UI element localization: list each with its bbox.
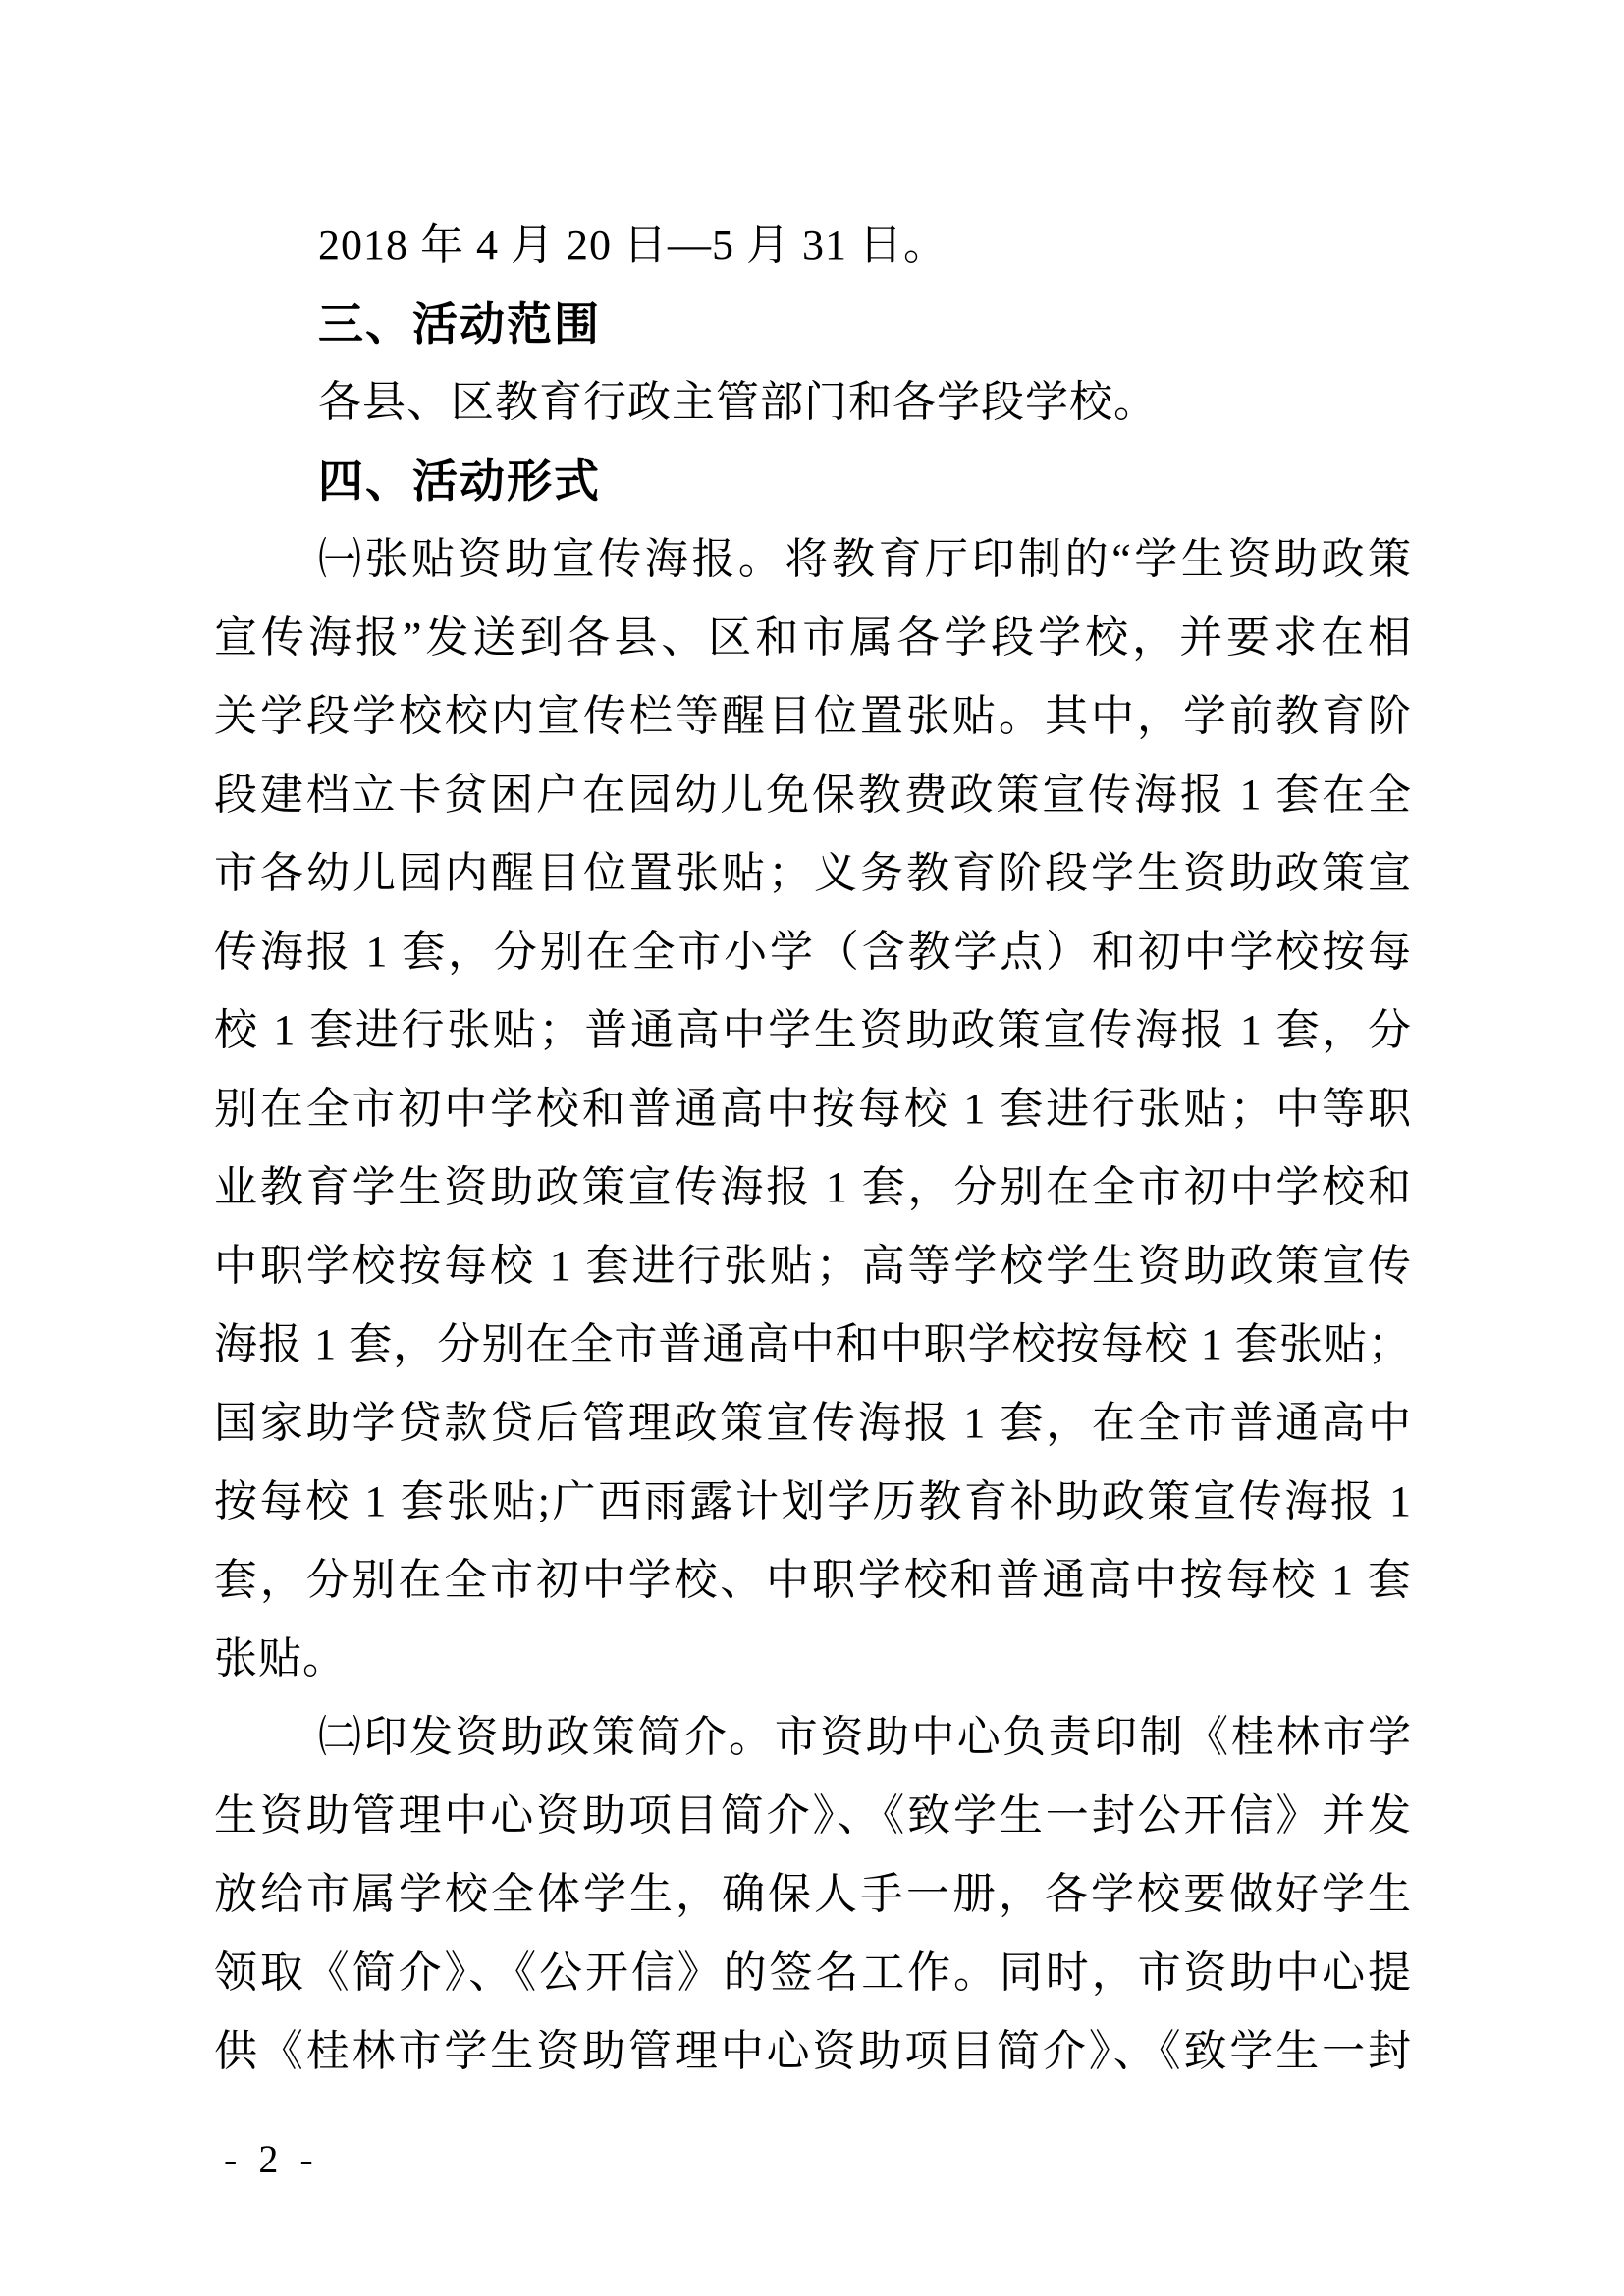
- paragraph-brochure-line: 领取《简介》、《公开信》的签名工作。同时，市资助中心提: [214, 1934, 1412, 2012]
- date-range-line: 2018 年 4 月 20 日—5 月 31 日。: [214, 206, 1412, 285]
- paragraph-brochure-line: ㈡印发资助政策简介。市资助中心负责印制《桂林市学: [214, 1698, 1412, 1777]
- paragraph-posters-line: 别在全市初中学校和普通高中按每校 1 套进行张贴；中等职: [214, 1070, 1412, 1148]
- paragraph-posters-line: 宣传海报”发送到各县、区和市属各学段学校，并要求在相: [214, 599, 1412, 677]
- document-body: 2018 年 4 月 20 日—5 月 31 日。 三、活动范围 各县、区教育行…: [214, 206, 1412, 2091]
- paragraph-posters-line: 国家助学贷款贷后管理政策宣传海报 1 套，在全市普通高中: [214, 1384, 1412, 1463]
- document-page: 2018 年 4 月 20 日—5 月 31 日。 三、活动范围 各县、区教育行…: [0, 0, 1624, 2296]
- paragraph-brochure-line: 放给市属学校全体学生，确保人手一册，各学校要做好学生: [214, 1855, 1412, 1934]
- paragraph-posters-line: 按每校 1 套张贴;广西雨露计划学历教育补助政策宣传海报 1: [214, 1463, 1412, 1541]
- paragraph-posters-line: 业教育学生资助政策宣传海报 1 套，分别在全市初中学校和: [214, 1148, 1412, 1227]
- section-heading-scope: 三、活动范围: [214, 285, 1412, 363]
- paragraph-posters-line: 段建档立卡贫困户在园幼儿免保教费政策宣传海报 1 套在全: [214, 756, 1412, 834]
- paragraph-posters-line: 市各幼儿园内醒目位置张贴；义务教育阶段学生资助政策宣: [214, 834, 1412, 913]
- paragraph-posters-line: 传海报 1 套，分别在全市小学（含教学点）和初中学校按每: [214, 913, 1412, 991]
- section-heading-format: 四、活动形式: [214, 442, 1412, 520]
- paragraph-brochure-line: 生资助管理中心资助项目简介》、《致学生一封公开信》并发: [214, 1777, 1412, 1855]
- scope-text-line: 各县、区教育行政主管部门和各学段学校。: [214, 363, 1412, 442]
- paragraph-posters-line: 中职学校按每校 1 套进行张贴；高等学校学生资助政策宣传: [214, 1227, 1412, 1306]
- paragraph-posters-line: 海报 1 套，分别在全市普通高中和中职学校按每校 1 套张贴；: [214, 1306, 1412, 1384]
- paragraph-brochure-line: 供《桂林市学生资助管理中心资助项目简介》、《致学生一封: [214, 2012, 1412, 2091]
- paragraph-posters-line: 校 1 套进行张贴；普通高中学生资助政策宣传海报 1 套，分: [214, 991, 1412, 1070]
- paragraph-posters-line: 关学段学校校内宣传栏等醒目位置张贴。其中，学前教育阶: [214, 677, 1412, 756]
- paragraph-posters-line: 张贴。: [214, 1620, 1412, 1698]
- paragraph-posters-line: 套，分别在全市初中学校、中职学校和普通高中按每校 1 套: [214, 1541, 1412, 1620]
- paragraph-posters-line: ㈠张贴资助宣传海报。将教育厅印制的“学生资助政策: [214, 520, 1412, 599]
- page-number: - 2 -: [224, 2136, 319, 2182]
